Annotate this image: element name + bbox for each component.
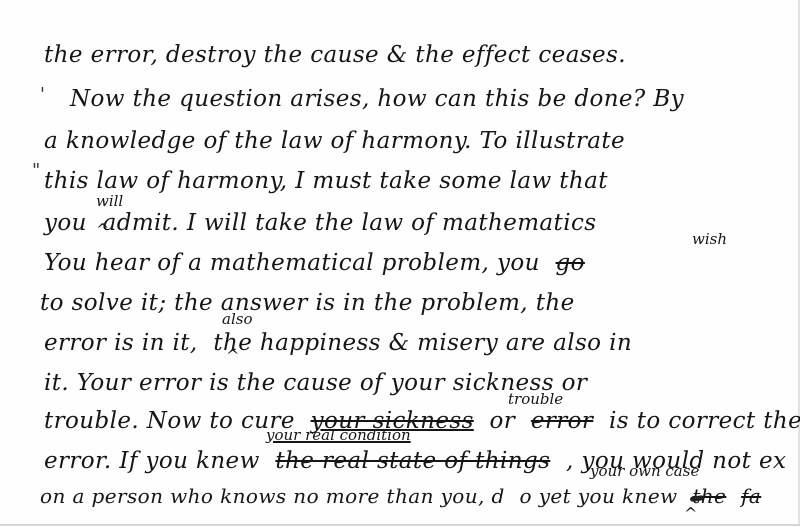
- manuscript-line-2: Now the question arises, how can this be…: [70, 88, 692, 111]
- line-text: Now the question arises, how can this be…: [70, 88, 684, 111]
- line-text: o yet you knew: [520, 486, 678, 506]
- struck-text: error: [531, 410, 593, 433]
- line-text: or: [490, 410, 516, 433]
- manuscript-line-5: you admit. I will take the law of mathem…: [44, 212, 604, 235]
- line-text: to solve it; the answer is in the proble…: [40, 292, 575, 315]
- interlinear-insertion: your real condition: [266, 428, 411, 443]
- line-text: the happiness & misery are also in: [213, 332, 632, 355]
- interlinear-insertion: also: [222, 312, 252, 327]
- manuscript-line-1: the error, destroy the cause & the effec…: [44, 44, 634, 67]
- interlinear-insertion: your own case: [590, 464, 699, 479]
- struck-text: the real state of things: [275, 450, 550, 473]
- struck-text: fa: [741, 486, 761, 506]
- line-text: You hear of a mathematical problem, you: [44, 252, 540, 275]
- manuscript-page: the error, destroy the cause & the effec…: [0, 0, 800, 526]
- manuscript-line-12: on a person who knows no more than you, …: [40, 486, 769, 506]
- line-text: a knowledge of the law of harmony. To il…: [44, 130, 625, 153]
- interlinear-insertion: wish: [692, 232, 727, 247]
- margin-mark: ': [40, 86, 45, 104]
- manuscript-line-7: to solve it; the answer is in the proble…: [40, 292, 583, 315]
- line-text: is to correct the: [609, 410, 800, 433]
- margin-quote-mark: ": [32, 162, 40, 180]
- interlinear-insertion: will: [96, 194, 123, 209]
- manuscript-line-8: error is in it, the happiness & misery a…: [44, 332, 640, 355]
- line-text: the error, destroy the cause & the effec…: [44, 44, 626, 67]
- line-text: it. Your error is the cause of your sick…: [44, 372, 587, 395]
- line-text: error. If you knew: [44, 450, 260, 473]
- line-text: error is in it,: [44, 332, 198, 355]
- line-text: this law of harmony, I must take some la…: [44, 170, 608, 193]
- interlinear-insertion: trouble: [508, 392, 563, 407]
- line-text: on a person who knows no more than you, …: [40, 486, 505, 506]
- manuscript-line-4: this law of harmony, I must take some la…: [44, 170, 616, 193]
- line-text: admit. I will take the law of mathematic…: [103, 212, 597, 235]
- struck-text: go: [556, 252, 585, 275]
- manuscript-line-10: trouble. Now to cure your sickness or er…: [44, 410, 800, 433]
- insertion-caret: ^: [684, 506, 697, 522]
- manuscript-line-3: a knowledge of the law of harmony. To il…: [44, 130, 633, 153]
- manuscript-line-6: You hear of a mathematical problem, you …: [44, 252, 593, 275]
- line-text: trouble. Now to cure: [44, 410, 295, 433]
- line-text: you: [44, 212, 87, 235]
